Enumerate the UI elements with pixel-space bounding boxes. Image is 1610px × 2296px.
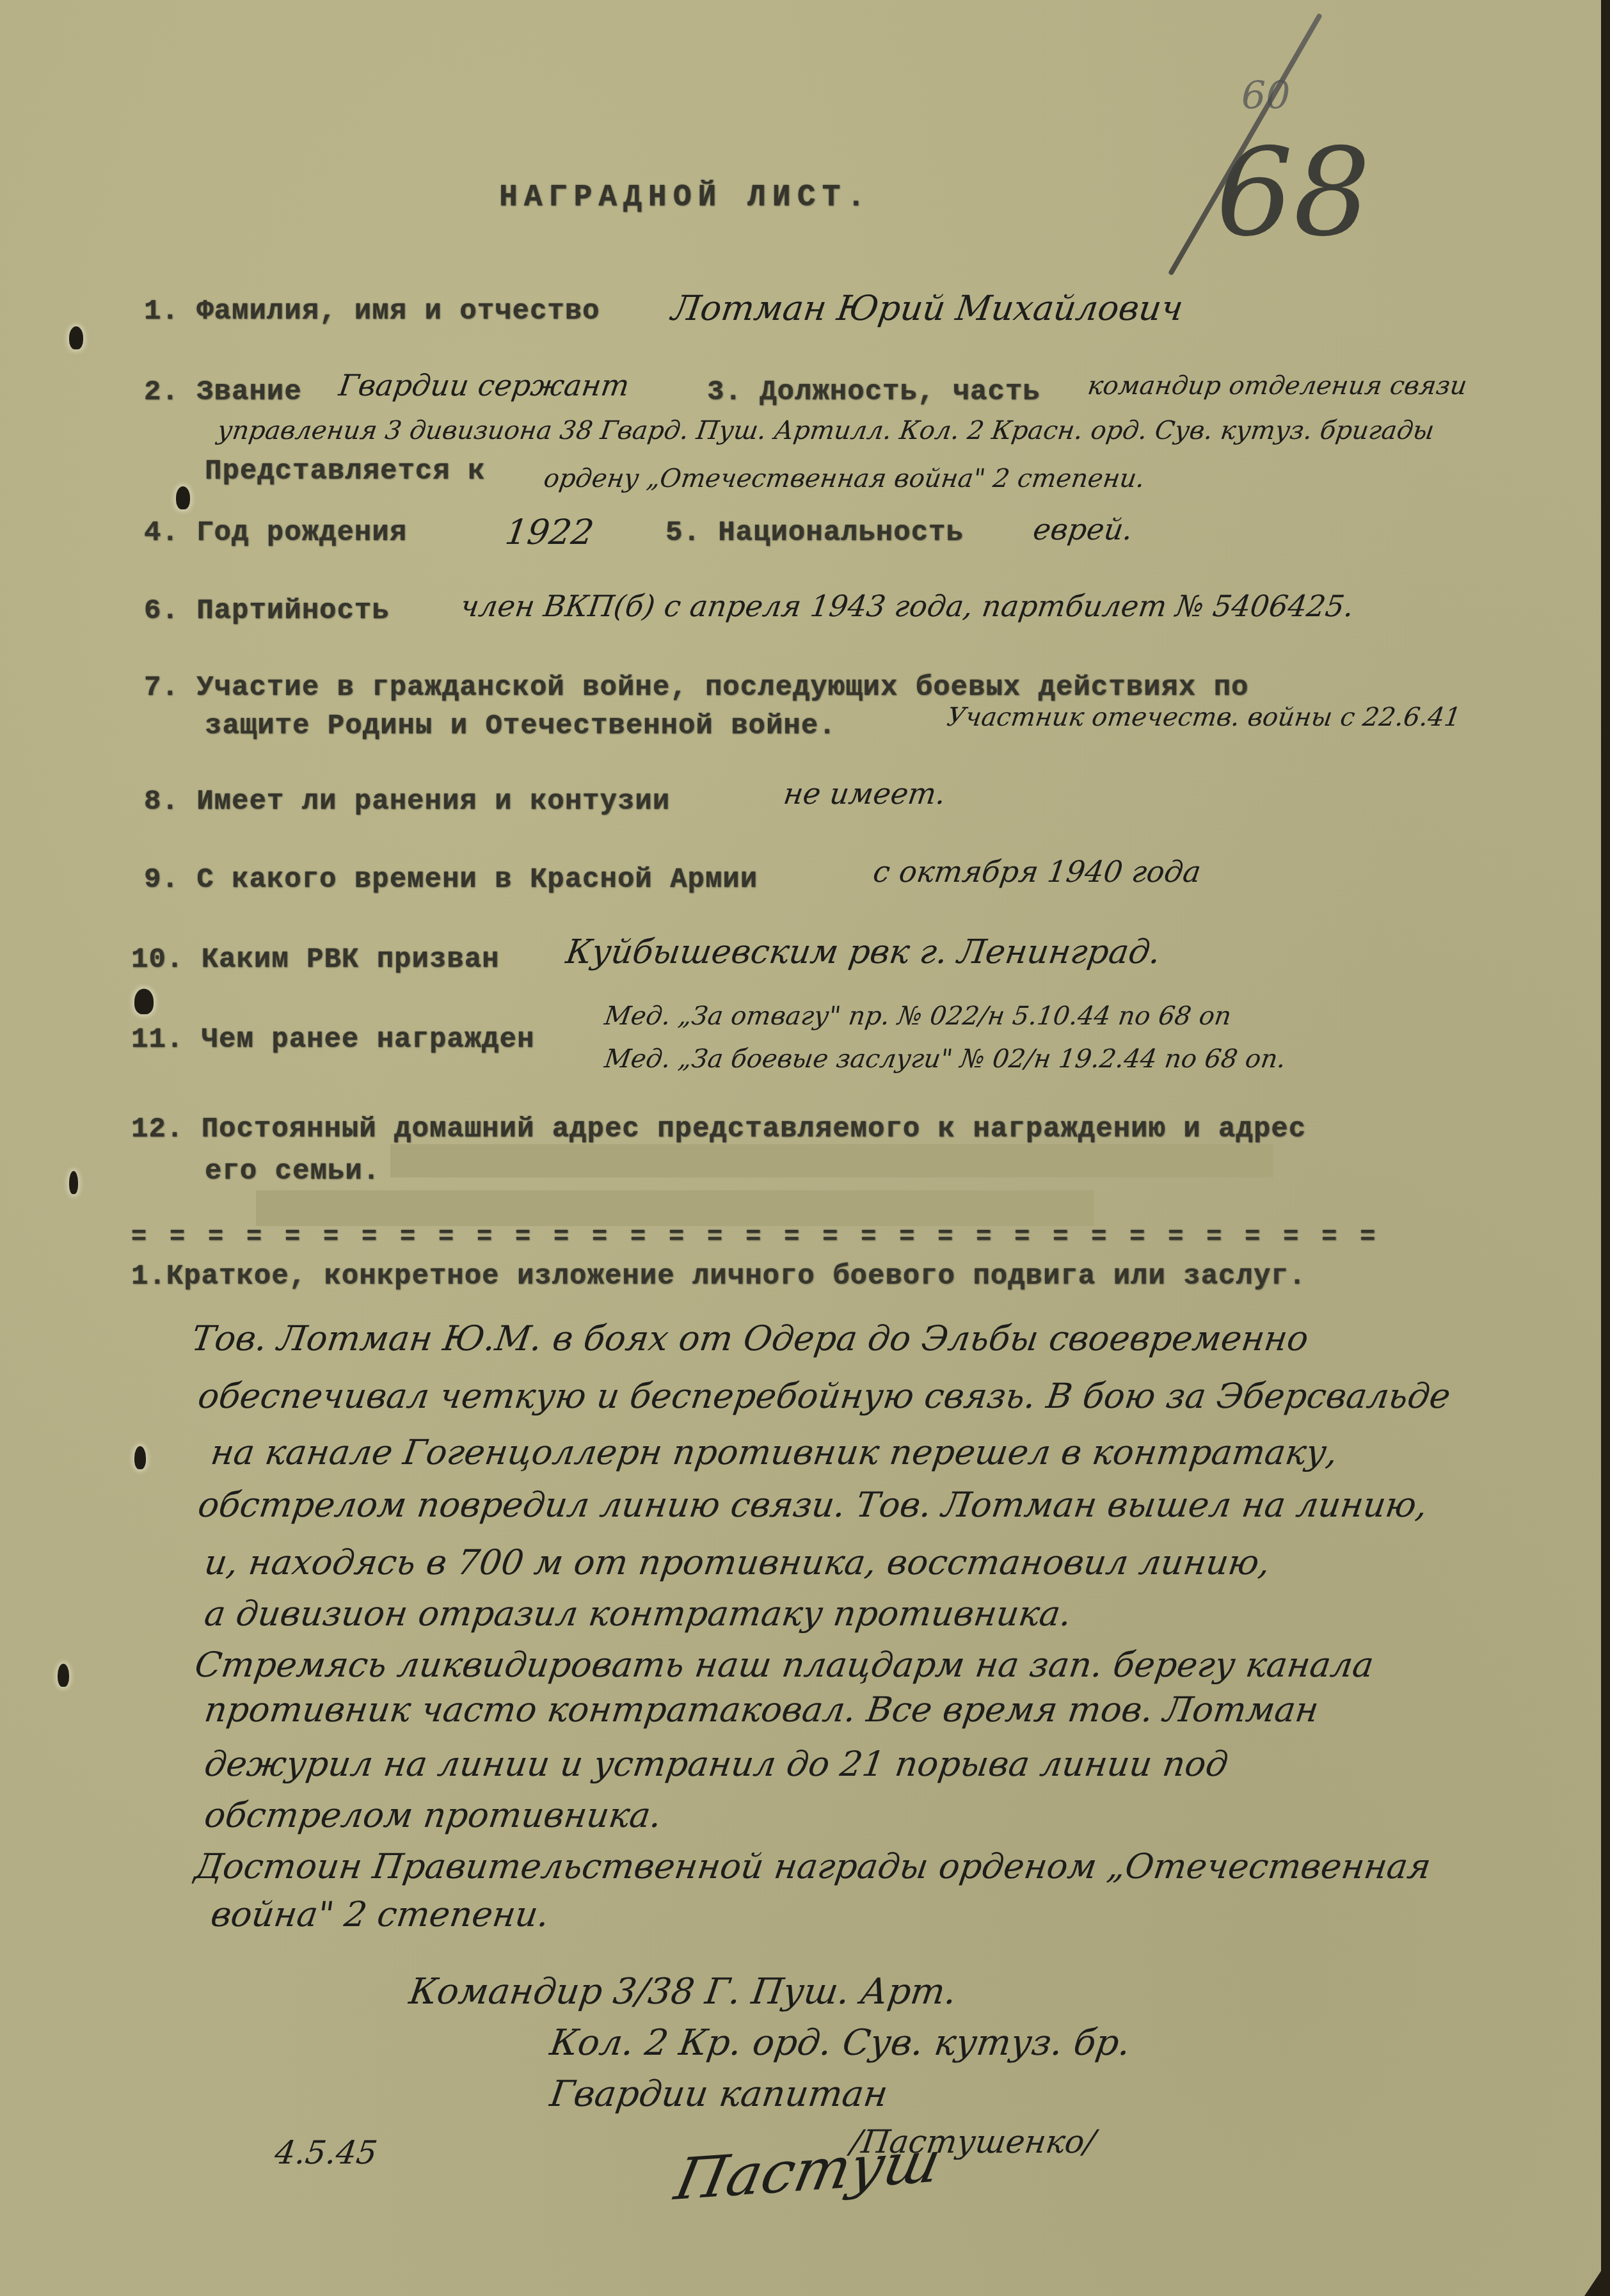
field-12-label-cont: его семьи.	[205, 1156, 380, 1188]
punch-hole-mark	[69, 1171, 78, 1194]
redacted-address-2	[256, 1190, 1094, 1226]
field-11-value-award-2: Мед. „За боевые заслуги" № 02/н 19.2.44 …	[603, 1044, 1287, 1074]
narrative-line: и, находясь в 700 м от противника, восст…	[202, 1542, 1273, 1582]
signature-date: 4.5.45	[273, 2134, 379, 2171]
field-1-value-full-name: Лотман Юрий Михайлович	[669, 288, 1186, 328]
punch-hole-mark	[58, 1664, 69, 1687]
narrative-line: Тов. Лотман Ю.М. в боях от Одера до Эльб…	[189, 1318, 1311, 1359]
narrative-line: противник часто контратаковал. Все время…	[202, 1689, 1321, 1730]
narrative-line: дежурил на линии и устранил до 21 порыва…	[202, 1744, 1231, 1784]
field-9-value-service-since: с октября 1940 года	[871, 854, 1203, 889]
punch-hole-mark	[134, 989, 154, 1014]
narrative-line: Достоин Правительственной награды ордено…	[193, 1846, 1434, 1886]
field-3-value-unit: управления 3 дивизиона 38 Гвард. Пуш. Ар…	[216, 416, 1436, 445]
narrative-line: обеспечивал четкую и бесперебойную связь…	[196, 1376, 1453, 1416]
field-3-label: 3. Должность, часть	[707, 376, 1040, 408]
page-title: НАГРАДНОЙ ЛИСТ.	[499, 180, 872, 215]
signature-commander-title: Командир 3/38 Г. Пуш. Арт.	[406, 1971, 959, 2013]
field-8-label: 8. Имеет ли ранения и контузии	[144, 786, 670, 818]
field-11-label: 11. Чем ранее награжден	[131, 1024, 534, 1056]
field-10-value-recruitment-office: Куйбышевским рвк г. Ленинград.	[564, 933, 1163, 971]
field-6-value-party: член ВКП(б) с апреля 1943 года, партбиле…	[458, 589, 1356, 623]
field-4-value-birth-year: 1922	[503, 512, 596, 552]
field-3-value-position: командир отделения связи	[1086, 371, 1469, 401]
punch-hole-mark	[176, 486, 190, 509]
section-heading: 1.Краткое, конкретное изложение личного …	[131, 1261, 1306, 1293]
field-7-label-cont: защите Родины и Отечественной войне.	[205, 710, 836, 742]
presented-to-value-award: ордену „Отечественная война" 2 степени.	[542, 464, 1147, 493]
signature-name: /Пастушенко/	[849, 2123, 1098, 2160]
signature-unit: Кол. 2 Кр. орд. Сув. кутуз. бр.	[547, 2022, 1133, 2064]
field-1-label: 1. Фамилия, имя и отчество	[144, 296, 600, 328]
punch-hole-mark	[134, 1446, 146, 1469]
field-5-label: 5. Национальность	[666, 517, 964, 549]
redacted-address-1	[390, 1144, 1273, 1177]
field-7-value-participation: Участник отечеств. войны с 22.6.41	[945, 703, 1463, 732]
narrative-line: Стремясь ликвидировать наш плацдарм на з…	[193, 1645, 1376, 1685]
field-2-label: 2. Звание	[144, 376, 302, 408]
narrative-line: обстрелом противника.	[202, 1795, 664, 1835]
presented-to-label: Представляется к	[205, 456, 485, 488]
scan-corner	[1584, 2258, 1610, 2296]
narrative-line: война" 2 степени.	[209, 1894, 552, 1934]
award-sheet-page: 60 68 НАГРАДНОЙ ЛИСТ. 1. Фамилия, имя и …	[0, 0, 1601, 2296]
scan-edge	[1601, 0, 1610, 2296]
narrative-line: а дивизион отразил контратаку противника…	[202, 1593, 1074, 1634]
narrative-line: на канале Гогенцоллерн противник перешел…	[209, 1432, 1341, 1472]
field-8-value-wounds: не имеет.	[781, 776, 948, 811]
field-4-label: 4. Год рождения	[144, 517, 407, 549]
field-2-value-rank: Гвардии сержант	[337, 368, 632, 403]
field-12-label: 12. Постоянный домашний адрес представля…	[131, 1113, 1306, 1145]
field-5-value-nationality: еврей.	[1031, 512, 1135, 546]
field-10-label: 10. Каким РВК призван	[131, 944, 500, 976]
archive-number-large: 68	[1216, 122, 1371, 263]
signature-rank: Гвардии капитан	[547, 2073, 890, 2115]
field-9-label: 9. С какого времени в Красной Армии	[144, 864, 758, 896]
separator-line: = = = = = = = = = = = = = = = = = = = = …	[131, 1224, 1379, 1252]
punch-hole-mark	[69, 326, 83, 349]
field-7-label: 7. Участие в гражданской войне, последую…	[144, 672, 1248, 704]
narrative-line: обстрелом повредил линию связи. Тов. Лот…	[196, 1485, 1430, 1525]
field-11-value-award-1: Мед. „За отвагу" пр. № 022/н 5.10.44 по …	[603, 1001, 1233, 1031]
field-6-label: 6. Партийность	[144, 595, 390, 627]
